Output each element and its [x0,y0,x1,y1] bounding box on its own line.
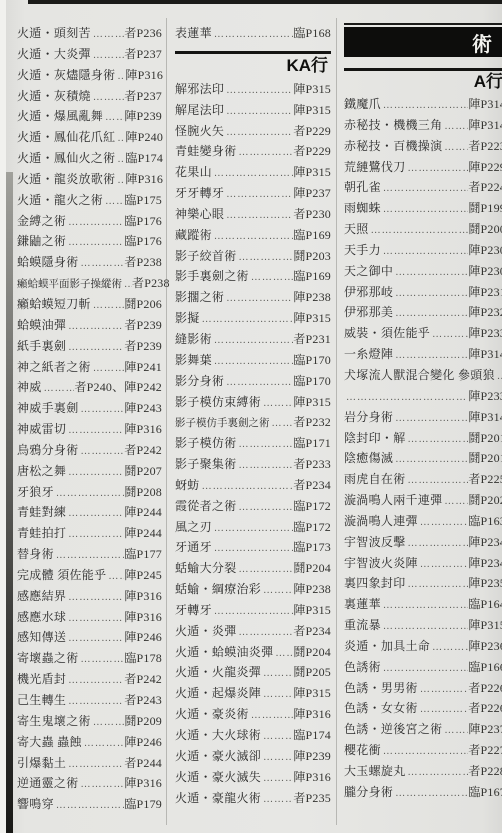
entry-name: 表蓮華 [175,24,212,41]
entry-name: 唐松之舞 [17,462,66,479]
index-entry: 火遁・豪龍火術者P235 [175,789,331,810]
index-entry: 鐵魔爪陣P314 [344,95,502,116]
entry-name: 火遁・灰燼隱身術 [17,66,115,83]
dot-leader [115,71,125,82]
index-entry: 火遁・豪火滅失陣P316 [175,768,331,789]
dot-leader [115,133,125,144]
index-entry: 火遁・灰積燒者P237 [17,87,162,108]
index-entry: 裏蓮華臨P164 [344,595,502,616]
entry-page-ref: 者P239 [124,337,162,354]
section-header-a: A行 [344,71,502,93]
entry-page-ref: 陣P245 [124,566,162,583]
index-entry: 陰封印・解鬪P201 [344,429,502,450]
index-entry: 火遁・火龍炎彈鬪P205 [175,663,331,684]
dot-leader [393,413,468,424]
index-entry: 唐松之舞鬪P207 [17,462,162,483]
dot-leader [381,246,468,257]
entry-page-ref: 臨P176 [124,232,162,249]
dot-leader [115,154,125,165]
index-entry: 漩渦鳴人連彈臨P163 [344,512,502,533]
dot-leader [200,481,294,492]
entry-name: 天照 [344,220,369,237]
index-entry: 櫻花衝者P227 [344,741,502,762]
index-entry: 色誘術臨P166 [344,658,502,679]
dot-leader [418,684,469,695]
section-header-ka: KA行 [175,54,331,78]
entry-page-ref: 者P234 [293,622,331,639]
entry-page-ref: 陣P246 [124,733,162,750]
index-entry: 影手裏劍之術臨P169 [175,267,331,288]
index-entry: 一糸燈陣陣P314 [344,345,502,366]
dot-leader [66,613,124,624]
index-entry: 赤秘技・機機三角陣P314 [344,116,502,137]
entry-page-ref: 陣P238 [293,288,331,305]
entry-page-ref: 陣P232 [468,303,502,320]
index-entry: 火遁・大炎彈者P237 [17,45,162,66]
index-entry: 火遁・炎彈者P234 [175,622,331,643]
entry-name: 火遁・龍炎放歌術 [17,170,115,187]
index-entry: 朝孔雀者P224 [344,178,502,199]
index-entry: 蛤蟆油彈者P239 [17,316,162,337]
entry-page-ref: 陣P315 [293,163,331,180]
dot-leader [237,252,294,263]
entry-page-ref: 者P229 [293,122,331,139]
dot-leader [66,633,124,644]
entry-page-ref: 臨P177 [124,545,162,562]
entry-page-ref: 陣P236 [468,637,502,654]
entry-name: 影子聚集術 [175,455,237,472]
dot-leader [224,106,293,117]
entry-page-ref: 陣P244 [124,524,162,541]
entry-name: 火遁・豪龍火術 [175,789,261,806]
entry-page-ref: 臨P173 [293,538,331,555]
entry-page-ref: 臨P171 [293,434,331,451]
entry-page-ref: 者P226 [468,679,502,696]
index-entry-continued: 陣P233 [344,387,502,408]
index-entry: 蛞蝓大分裂鬪P204 [175,559,331,580]
dot-leader [261,752,293,763]
dot-leader [66,217,124,228]
entry-page-ref: 陣P315 [468,616,502,633]
entry-name: 青蛙變身術 [175,142,237,159]
entry-name: 影子模仿手裏劍之術 [175,415,270,430]
entry-page-ref: 陣P315 [293,80,331,97]
page-edge-shadow [28,0,502,4]
index-entry: 感知傳送陣P246 [17,628,162,649]
entry-page-ref: 陣P237 [293,184,331,201]
entry-name: 神之紙者之術 [17,358,91,375]
entry-name: 火遁・起爆炎陣 [175,684,261,701]
entry-name: 火遁・豪火滅卻 [175,747,261,764]
entry-name: 鎌鼬之術 [17,232,66,249]
entry-name: 解邪法印 [175,80,224,97]
dot-leader [79,258,125,269]
entry-page-ref: 陣P240 [125,128,163,145]
entry-name: 陰封印・解 [344,429,406,446]
entry-name: 機光盾封 [17,670,66,687]
entry-name: 逆通靈之術 [17,774,79,791]
entry-page-ref: 者P229 [293,142,331,159]
dot-leader [66,696,124,707]
dot-leader [224,210,293,221]
dot-leader [261,668,293,679]
entry-name: 感應水球 [17,608,66,625]
index-entry: 色誘・女女術者P226 [344,699,502,720]
index-entry: 神威手裏劍陣P243 [17,399,162,420]
entry-name: 牙轉牙 [175,601,212,618]
entry-page-ref: 鬪P199 [468,199,502,216]
entry-name: 金縛之術 [17,212,66,229]
entry-page-ref: 陣P315 [293,309,331,326]
entry-name: 牙牙轉牙 [175,184,224,201]
dot-leader [381,663,468,674]
dot-leader [66,237,124,248]
dot-leader [430,329,468,340]
entry-page-ref: 臨P164 [468,595,502,612]
index-entry: 岩分身術陣P314 [344,408,502,429]
entry-page-ref: 鬪P201 [468,449,502,466]
entry-page-ref: 鬪P201 [468,429,502,446]
dot-leader [66,675,124,686]
dot-leader [212,29,293,40]
dot-leader [261,398,293,409]
dot-leader [442,725,468,736]
dot-leader [237,439,294,450]
entry-name: 赤秘技・機機三角 [344,116,442,133]
section-tail-entries: 表蓮華臨P168 [175,24,331,45]
dot-leader [212,523,293,534]
entry-name: 天之御中 [344,262,393,279]
entry-page-ref: 者P242 [124,670,162,687]
index-entry: 青蛙對練陣P244 [17,503,162,524]
index-entry: 癩蛤蟆短刀斬鬪P206 [17,295,162,316]
entry-name: 蚜蚄 [175,476,200,493]
entry-page-ref: 者P232 [293,413,331,430]
entry-page-ref: 者P226 [468,699,502,716]
dot-leader [418,517,469,528]
dot-leader [237,502,294,513]
chapter-banner-title: 術 [472,28,492,57]
index-entry: 響鳴穿臨P179 [17,795,162,816]
dot-leader [66,529,124,540]
section-entries: 解邪法印陣P315解尾法印陣P315怪腕火矢者P229青蛙變身術者P229花果山… [175,80,331,810]
entry-name: 蛤蟆油彈 [17,316,66,333]
index-entry: 天手力陣P230 [344,241,502,262]
dot-leader [406,163,469,174]
dot-leader [249,272,294,283]
entry-page-ref: 陣P316 [293,705,331,722]
index-entry: 火遁・鳳仙花爪紅陣P240 [17,128,162,149]
entry-name: 牙通牙 [175,538,212,555]
entry-name: 己生轉生 [17,691,66,708]
dot-leader [381,183,468,194]
index-entry: 牙轉牙陣P315 [175,601,331,622]
dot-leader [66,592,124,603]
entry-page-ref: 者P235 [293,789,331,806]
entry-page-ref: 陣P233 [468,324,502,341]
entry-name: 青蛙對練 [17,503,66,520]
entry-name: 火遁・鳳仙花爪紅 [17,128,115,145]
entry-page-ref: 陣P230 [468,241,502,258]
index-entry: 火遁・龍炎放歌術陣P316 [17,170,162,191]
entry-page-ref: 陣P237 [468,720,502,737]
entry-name: 引爆黏土 [17,754,66,771]
entry-name: 神威雷切 [17,420,66,437]
index-entry: 完成體 須佐能乎陣P245 [17,566,162,587]
entry-name: 火遁・炎彈 [175,622,237,639]
entry-page-ref: 臨P163 [468,512,502,529]
dot-leader [393,267,468,278]
dot-leader [103,196,124,207]
entry-name: 怪腕火矢 [175,122,224,139]
entry-page-ref: 臨P170 [293,351,331,368]
dot-leader [393,454,468,465]
dot-leader [418,559,469,570]
dot-leader [381,600,468,611]
dot-leader [66,321,124,332]
chapter-banner: 術 [344,27,502,57]
dot-leader [442,142,468,153]
column-divider [166,18,167,825]
index-entry: 影子模仿術臨P171 [175,434,331,455]
entry-name: 寄大蟲 蟲蝕 [17,733,82,750]
book-gutter-shadow [6,172,13,833]
section-entries: 鐵魔爪陣P314赤秘技・機機三角陣P314赤秘技・百機操演者P223荒縺鷺伐刀陣… [344,95,502,804]
index-entry: 己生轉生者P243 [17,691,162,712]
entry-name: 縫影術 [175,330,212,347]
entry-name: 漩渦鳴人兩千連彈 [344,491,442,508]
entry-page-ref: 陣P234 [468,554,502,571]
index-entry: 蛤蟆隱身術者P238 [17,253,162,274]
dot-leader [212,606,293,617]
entry-name: 裏蓮華 [344,595,381,612]
index-entry: 蚜蚄者P234 [175,476,331,497]
entry-name: 完成體 須佐能乎 [17,566,106,583]
index-entry: 火遁・豪火滅卻陣P239 [175,747,331,768]
entry-page-ref: 者P233 [293,455,331,472]
index-entry: 表蓮華臨P168 [175,24,331,45]
index-entry: 寄壞蟲之術臨P178 [17,649,162,670]
dot-leader [79,446,125,457]
index-entry: 威裝・須佐能乎陣P233 [344,324,502,345]
index-entry: 感應結界陣P316 [17,587,162,608]
index-entry: 火遁・爆風亂舞陣P239 [17,107,162,128]
entry-name: 響鳴穿 [17,795,54,812]
dot-leader [237,564,294,575]
dot-leader [381,621,468,632]
index-entry: 色誘・逆後宮之術陣P237 [344,720,502,741]
entry-page-ref: 陣P314 [468,345,502,362]
dot-leader [103,112,124,123]
index-entry: 解尾法印陣P315 [175,101,331,122]
index-entry: 重流暴陣P315 [344,616,502,637]
dot-leader [381,100,468,111]
entry-name: 裏四象封印 [344,574,406,591]
entry-page-ref: 陣P315 [293,393,331,410]
entry-page-ref: 臨P169 [293,226,331,243]
index-entry: 怪腕火矢者P229 [175,122,331,143]
entry-name: 影擱之術 [175,288,224,305]
index-entry: 火遁・灰燼隱身術陣P316 [17,66,162,87]
dot-leader [91,717,125,728]
index-column-right: 術 A行 鐵魔爪陣P314赤秘技・機機三角陣P314赤秘技・百機操演者P223荒… [344,24,502,804]
dot-leader [79,404,125,415]
entry-page-ref: 者P240、陣P242 [74,378,162,395]
entry-name: 色誘術 [344,658,381,675]
entry-name: 色誘・男男術 [344,679,418,696]
index-entry: 風之刃臨P172 [175,518,331,539]
index-entry: 藏蹤術臨P169 [175,226,331,247]
entry-page-ref: 者P237 [124,45,162,62]
dot-leader [54,800,124,811]
index-entry: 火遁・頭刻苦者P236 [17,24,162,45]
entry-page-ref: 陣P229 [468,158,502,175]
index-entry: 炎遁・加具土命陣P236 [344,637,502,658]
entry-page-ref: 者P243 [124,691,162,708]
dot-leader [237,460,294,471]
entry-page-ref: 鬪P207 [124,462,162,479]
entry-page-ref: 臨P172 [293,497,331,514]
index-entry: 天之御中陣P230 [344,262,502,283]
entry-name: 荒縺鷺伐刀 [344,158,406,175]
index-entry: 大玉螺旋丸者P228 [344,762,502,783]
entry-name: 犬塚流人獸混合變化 參頭狼 [344,366,495,383]
index-entry: 替身術臨P177 [17,545,162,566]
index-entry: 陰癒傷滅鬪P201 [344,449,502,470]
index-entry: 青蛙拍打陣P244 [17,524,162,545]
entry-name: 火遁・大火球術 [175,726,261,743]
dot-leader [42,383,75,394]
entry-page-ref: 陣P316 [125,66,163,83]
entry-page-ref: 者P228 [468,762,502,779]
entry-name: 花果山 [175,163,212,180]
entry-page-ref: 陣P231 [468,283,502,300]
entry-name: 神威手裏劍 [17,399,79,416]
entry-name: 伊邪那岐 [344,283,393,300]
dot-leader [237,627,294,638]
dot-leader [224,85,293,96]
index-entry: 天照鬪P200 [344,220,502,241]
index-entry: 鎌鼬之術臨P176 [17,232,162,253]
entry-page-ref: 臨P175 [124,191,162,208]
entry-page-ref: 陣P316 [124,608,162,625]
index-entry: 火遁・起爆炎陣陣P315 [175,684,331,705]
entry-page-ref: 陣P316 [293,768,331,785]
entry-name: 感知傳送 [17,628,66,645]
dot-leader [66,467,124,478]
entry-page-ref: 陣P314 [468,116,502,133]
index-entry: 霞從者之術臨P172 [175,497,331,518]
entry-name: 一糸燈陣 [344,345,393,362]
dot-leader [91,50,125,61]
entry-page-ref: 者P237 [124,87,162,104]
entry-name: 赤秘技・百機操演 [344,137,442,154]
entry-name: 朧分身術 [344,783,393,800]
entry-name: 色誘・逆後宮之術 [344,720,442,737]
entry-page-ref: 臨P167 [468,783,502,800]
entry-page-ref: 鬪P204 [293,643,331,660]
dot-leader [212,356,293,367]
entry-page-ref: 臨P169 [293,267,331,284]
index-entry: 烏鴉分身術者P242 [17,441,162,462]
index-entry: 逆通靈之術陣P316 [17,774,162,795]
index-column-middle: 表蓮華臨P168 KA行 解邪法印陣P315解尾法印陣P315怪腕火矢者P229… [175,24,331,809]
index-entry: 機光盾封者P242 [17,670,162,691]
entry-name: 癩蛤蟆短刀斬 [17,295,91,312]
dot-leader [430,642,468,653]
entry-name: 火遁・豪炎術 [175,705,249,722]
entry-page-ref: 者P231 [293,330,331,347]
entry-name: 影子模仿術 [175,434,237,451]
dot-leader [66,342,124,353]
dot-leader [406,767,469,778]
index-entry: 朧分身術臨P167 [344,783,502,804]
index-entry: 赤秘技・百機操演者P223 [344,137,502,158]
dot-leader [79,779,125,790]
entry-name: 神威 [17,378,42,395]
entry-name: 影手裏劍之術 [175,267,249,284]
dot-leader [115,175,125,186]
index-entry: 雨蜘蛛鬪P199 [344,199,502,220]
entry-page-ref: 陣P246 [124,628,162,645]
dot-leader [406,434,469,445]
dot-leader [369,225,469,236]
index-entry: 引爆黏土者P244 [17,754,162,775]
entry-name: 風之刃 [175,518,212,535]
dot-leader [261,794,293,805]
entry-page-ref: 陣P233 [468,387,502,404]
index-column-left: 火遁・頭刻苦者P236火遁・大炎彈者P237火遁・灰燼隱身術陣P316火遁・灰積… [17,24,162,816]
entry-page-ref: 陣P241 [124,358,162,375]
dot-leader [442,121,468,132]
entry-name: 癩蛤蟆平面影子操縱術 [17,276,122,291]
dot-leader [54,550,124,561]
dot-leader [406,538,469,549]
entry-name: 替身術 [17,545,54,562]
index-entry: 影擱之術陣P238 [175,288,331,309]
entry-page-ref: 者P234 [293,476,331,493]
index-entry: 影子模仿束縛術陣P315 [175,393,331,414]
entry-page-ref: 鬪P205 [293,663,331,680]
index-entry: 金縛之術臨P176 [17,212,162,233]
entry-page-ref: 臨P178 [124,649,162,666]
index-entry: 火遁・蛤蟆油炎彈鬪P204 [175,643,331,664]
dot-leader [212,335,293,346]
index-entry: 紙手裏劍者P239 [17,337,162,358]
dot-leader [91,29,125,40]
entry-name: 蛞蝓大分裂 [175,559,237,576]
dot-leader [261,773,293,784]
index-entry: 影子模仿手裏劍之術者P232 [175,413,331,434]
entry-name: 炎遁・加具土命 [344,637,430,654]
entry-name: 雨虎自在術 [344,470,406,487]
entry-name: 天手力 [344,241,381,258]
entry-name: 朝孔雀 [344,178,381,195]
entry-name: 影分身術 [175,372,224,389]
dot-leader [393,308,468,319]
index-entry: 色誘・男男術者P226 [344,679,502,700]
entry-name: 大玉螺旋丸 [344,762,406,779]
entry-page-ref: 鬪P202 [468,491,502,508]
index-entry: 牙牙轉牙陣P237 [175,184,331,205]
entry-page-ref: 者P236 [124,24,162,41]
entry-name: 火遁・鳳仙火之術 [17,149,115,166]
dot-leader [66,425,124,436]
index-entry: 神威者P240、陣P242 [17,378,162,399]
entry-page-ref: 者P223 [468,137,502,154]
index-entry: 牙通牙臨P173 [175,538,331,559]
entry-page-ref: 陣P239 [124,107,162,124]
